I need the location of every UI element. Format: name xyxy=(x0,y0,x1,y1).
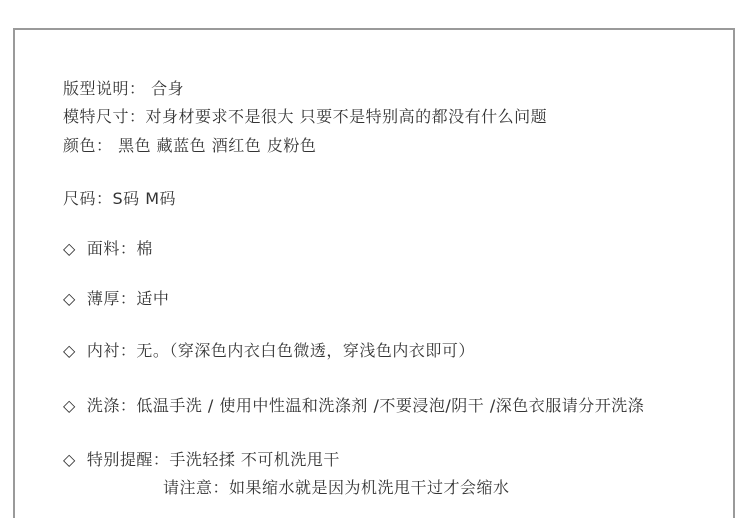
washing-text: 洗涤：低温手洗 / 使用中性温和洗涤剂 /不要浸泡/阴干 /深色衣服请分开洗涤 xyxy=(87,396,644,415)
spec-line-shrink-note: 请注意：如果缩水就是因为机洗甩干过才会缩水 xyxy=(163,479,723,496)
fabric-text: 面料：棉 xyxy=(87,239,153,258)
diamond-icon: ◇ xyxy=(63,290,76,307)
spec-line-washing: ◇洗涤：低温手洗 / 使用中性温和洗涤剂 /不要浸泡/阴干 /深色衣服请分开洗涤 xyxy=(63,397,723,414)
lining-text: 内衬：无。（穿深色内衣白色微透，穿浅色内衣即可） xyxy=(87,341,475,360)
spec-line-special-note: ◇特别提醒：手洗轻揉 不可机洗甩干 xyxy=(63,451,723,468)
spec-line-fit: 版型说明： 合身 xyxy=(63,80,723,97)
shrink-note-text: 请注意：如果缩水就是因为机洗甩干过才会缩水 xyxy=(163,478,510,497)
spec-line-thickness: ◇薄厚：适中 xyxy=(63,290,723,307)
spec-line-sizes: 尺码：S码 M码 xyxy=(63,190,723,207)
spec-line-fabric: ◇面料：棉 xyxy=(63,240,723,257)
spec-line-lining: ◇内衬：无。（穿深色内衣白色微透，穿浅色内衣即可） xyxy=(63,342,723,359)
diamond-icon: ◇ xyxy=(63,397,76,414)
spec-line-model-size: 模特尺寸：对身材要求不是很大 只要不是特别高的都没有什么问题 xyxy=(63,108,723,125)
fit-text: 版型说明： 合身 xyxy=(63,79,184,98)
colors-text: 颜色： 黑色 藏蓝色 酒红色 皮粉色 xyxy=(63,136,316,155)
spec-line-colors: 颜色： 黑色 藏蓝色 酒红色 皮粉色 xyxy=(63,137,723,154)
diamond-icon: ◇ xyxy=(63,240,76,257)
diamond-icon: ◇ xyxy=(63,342,76,359)
product-spec-panel: 版型说明： 合身 模特尺寸：对身材要求不是很大 只要不是特别高的都没有什么问题 … xyxy=(13,28,735,506)
sizes-text: 尺码：S码 M码 xyxy=(63,189,176,208)
diamond-icon: ◇ xyxy=(63,451,76,468)
thickness-text: 薄厚：适中 xyxy=(87,289,170,308)
model-size-text: 模特尺寸：对身材要求不是很大 只要不是特别高的都没有什么问题 xyxy=(63,107,547,126)
product-spec-content: 版型说明： 合身 模特尺寸：对身材要求不是很大 只要不是特别高的都没有什么问题 … xyxy=(15,30,733,496)
special-note-text: 特别提醒：手洗轻揉 不可机洗甩干 xyxy=(87,450,340,469)
